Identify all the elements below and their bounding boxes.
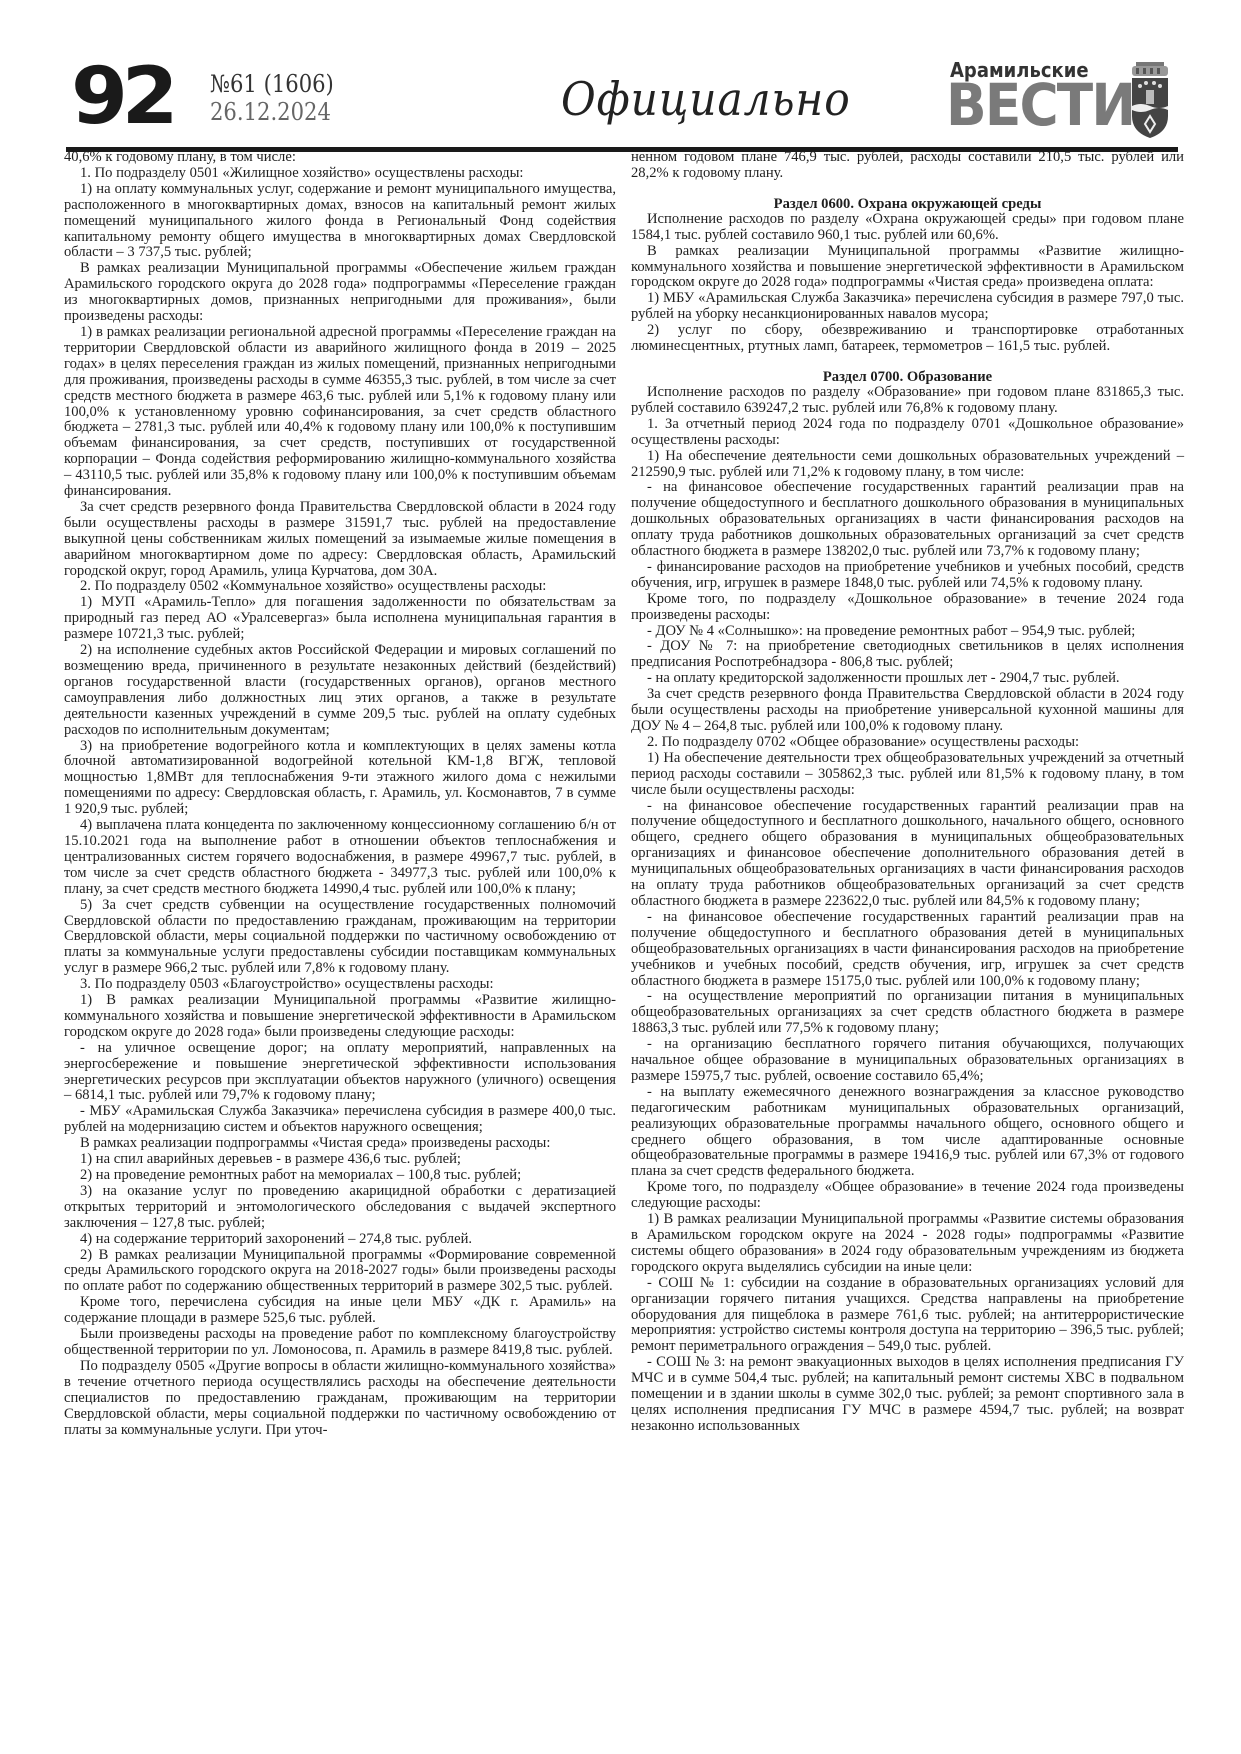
paragraph: 1) В рамках реализации Муниципальной про…	[631, 1212, 1184, 1276]
paragraph: 1. По подразделу 0501 «Жилищное хозяйств…	[64, 166, 616, 182]
paragraph: 5) За счет средств субвенции на осуществ…	[64, 898, 616, 978]
paragraph: - ДОУ № 7: на приобретение светодиодных …	[631, 639, 1184, 671]
paragraph: 1) В рамках реализации Муниципальной про…	[64, 993, 616, 1041]
paragraph: - ДОУ № 4 «Солнышко»: на проведение ремо…	[631, 624, 1184, 640]
paragraph: 2) на проведение ремонтных работ на мемо…	[64, 1168, 616, 1184]
paragraph: 1) МУП «Арамиль-Тепло» для погашения зад…	[64, 595, 616, 643]
paragraph: - СОШ № 1: субсидии на создание в образо…	[631, 1276, 1184, 1356]
paragraph: 2) на исполнение судебных актов Российск…	[64, 643, 616, 738]
paragraph: - на оплату кредиторской задолженности п…	[631, 671, 1184, 687]
paragraph: 40,6% к годовому плану, в том числе:	[64, 150, 616, 166]
logo-bottom-text: ВЕСТИ	[946, 76, 1134, 134]
paragraph: - на финансовое обеспечение государствен…	[631, 799, 1184, 910]
paragraph: 3) на приобретение водогрейного котла и …	[64, 739, 616, 819]
issue-info: №61 (1606) 26.12.2024	[210, 70, 334, 126]
paragraph: - МБУ «Арамильская Служба Заказчика» пер…	[64, 1104, 616, 1136]
section-heading-0700: Раздел 0700. Образование	[631, 369, 1184, 385]
page-number: 92	[71, 58, 172, 136]
paragraph: 1) МБУ «Арамильская Служба Заказчика» пе…	[631, 291, 1184, 323]
paragraph: По подразделу 0505 «Другие вопросы в обл…	[64, 1359, 616, 1439]
paragraph: Кроме того, по подразделу «Дошкольное об…	[631, 592, 1184, 624]
paragraph: 4) на содержание территорий захоронений …	[64, 1232, 616, 1248]
issue-date: 26.12.2024	[210, 98, 334, 126]
paragraph: 1) На обеспечение деятельности семи дошк…	[631, 449, 1184, 481]
issue-number: №61 (1606)	[210, 70, 334, 98]
paragraph: 1) на спил аварийных деревьев - в размер…	[64, 1152, 616, 1168]
section-title: Официально	[561, 72, 851, 126]
paragraph: - на финансовое обеспечение государствен…	[631, 480, 1184, 560]
paragraph: В рамках реализации Муниципальной програ…	[631, 244, 1184, 292]
section-heading-0600: Раздел 0600. Охрана окружающей среды	[631, 196, 1184, 212]
paragraph: - на уличное освещение дорог; на оплату …	[64, 1041, 616, 1105]
paragraph: - СОШ № 3: на ремонт эвакуационных выход…	[631, 1355, 1184, 1435]
paragraph: В рамках реализации подпрограммы «Чистая…	[64, 1136, 616, 1152]
paragraph: Исполнение расходов по разделу «Образова…	[631, 385, 1184, 417]
right-column: ненном годовом плане 746,9 тыс. рублей, …	[631, 150, 1184, 1435]
paragraph: 2. По подразделу 0502 «Коммунальное хозя…	[64, 579, 616, 595]
paragraph: Исполнение расходов по разделу «Охрана о…	[631, 212, 1184, 244]
paragraph: Кроме того, по подразделу «Общее образов…	[631, 1180, 1184, 1212]
paragraph: 1. За отчетный период 2024 года по подра…	[631, 417, 1184, 449]
paragraph: 4) выплачена плата концедента по заключе…	[64, 818, 616, 898]
paragraph: 3) на оказание услуг по проведению акари…	[64, 1184, 616, 1232]
paragraph: 1) в рамках реализации региональной адре…	[64, 325, 616, 500]
paragraph: 3. По подразделу 0503 «Благоустройство» …	[64, 977, 616, 993]
newspaper-logo: Арамильские ВЕСТИ	[946, 60, 1116, 140]
paragraph: - на организацию бесплатного горячего пи…	[631, 1037, 1184, 1085]
paragraph: 2) В рамках реализации Муниципальной про…	[64, 1248, 616, 1296]
paragraph: - на финансовое обеспечение государствен…	[631, 910, 1184, 990]
paragraph: В рамках реализации Муниципальной програ…	[64, 261, 616, 325]
paragraph: За счет средств резервного фонда Правите…	[64, 500, 616, 580]
paragraph: 2) услуг по сбору, обезвреживанию и тран…	[631, 323, 1184, 355]
paragraph: - на выплату ежемесячного денежного возн…	[631, 1085, 1184, 1180]
paragraph: 1) на оплату коммунальных услуг, содержа…	[64, 182, 616, 262]
paragraph: 1) На обеспечение деятельности трех обще…	[631, 751, 1184, 799]
paragraph: За счет средств резервного фонда Правите…	[631, 687, 1184, 735]
paragraph: Кроме того, перечислена субсидия на иные…	[64, 1295, 616, 1327]
coat-of-arms-icon	[1126, 60, 1174, 140]
paragraph: Были произведены расходы на проведение р…	[64, 1327, 616, 1359]
paragraph: - на осуществление мероприятий по органи…	[631, 989, 1184, 1037]
paragraph: ненном годовом плане 746,9 тыс. рублей, …	[631, 150, 1184, 182]
left-column: 40,6% к годовому плану, в том числе: 1. …	[64, 150, 616, 1438]
paragraph: 2. По подразделу 0702 «Общее образование…	[631, 735, 1184, 751]
paragraph: - финансирование расходов на приобретени…	[631, 560, 1184, 592]
masthead: 92 №61 (1606) 26.12.2024 Официально Арам…	[66, 60, 1181, 152]
